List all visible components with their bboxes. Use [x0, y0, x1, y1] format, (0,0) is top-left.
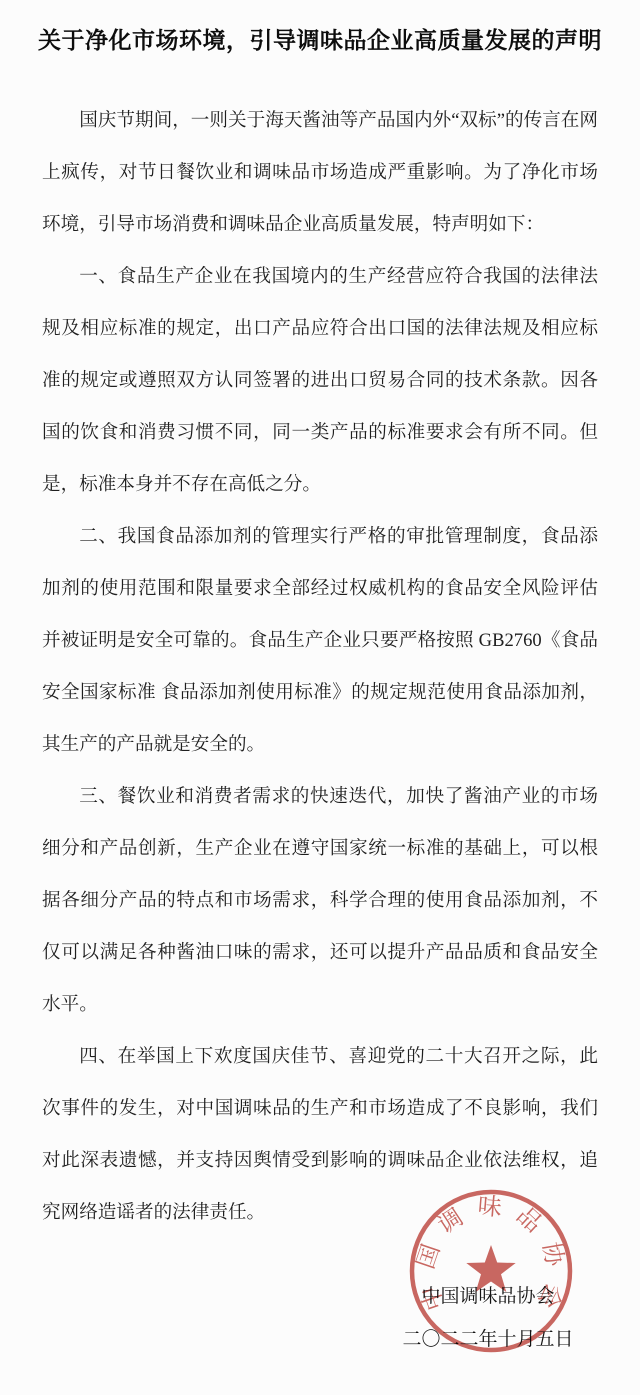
document-body: 国庆节期间，一则关于海天酱油等产品国内外“双标”的传言在网上疯传，对节日餐饮业和… [42, 95, 598, 1239]
statement-document: 关于净化市场环境，引导调味品企业高质量发展的声明 国庆节期间，一则关于海天酱油等… [0, 0, 640, 1395]
statement-intro-paragraph: 国庆节期间，一则关于海天酱油等产品国内外“双标”的传言在网上疯传，对节日餐饮业和… [42, 95, 598, 251]
statement-paragraph-3: 三、餐饮业和消费者需求的快速迭代，加快了酱油产业的市场细分和产品创新，生产企业在… [42, 771, 598, 1031]
statement-paragraph-1: 一、食品生产企业在我国境内的生产经营应符合我国的法律法规及相应标准的规定，出口产… [42, 251, 598, 511]
signature-block: 中国调味品协会 二〇二二年十月五日 [363, 1275, 613, 1361]
signature-org: 中国调味品协会 [363, 1275, 613, 1318]
statement-paragraph-2: 二、我国食品添加剂的管理实行严格的审批管理制度，食品添加剂的使用范围和限量要求全… [42, 511, 598, 771]
statement-paragraph-4: 四、在举国上下欢度国庆佳节、喜迎党的二十大召开之际，此次事件的发生，对中国调味品… [42, 1031, 598, 1239]
signature-date: 二〇二二年十月五日 [363, 1318, 613, 1361]
page-title: 关于净化市场环境，引导调味品企业高质量发展的声明 [0, 0, 640, 55]
